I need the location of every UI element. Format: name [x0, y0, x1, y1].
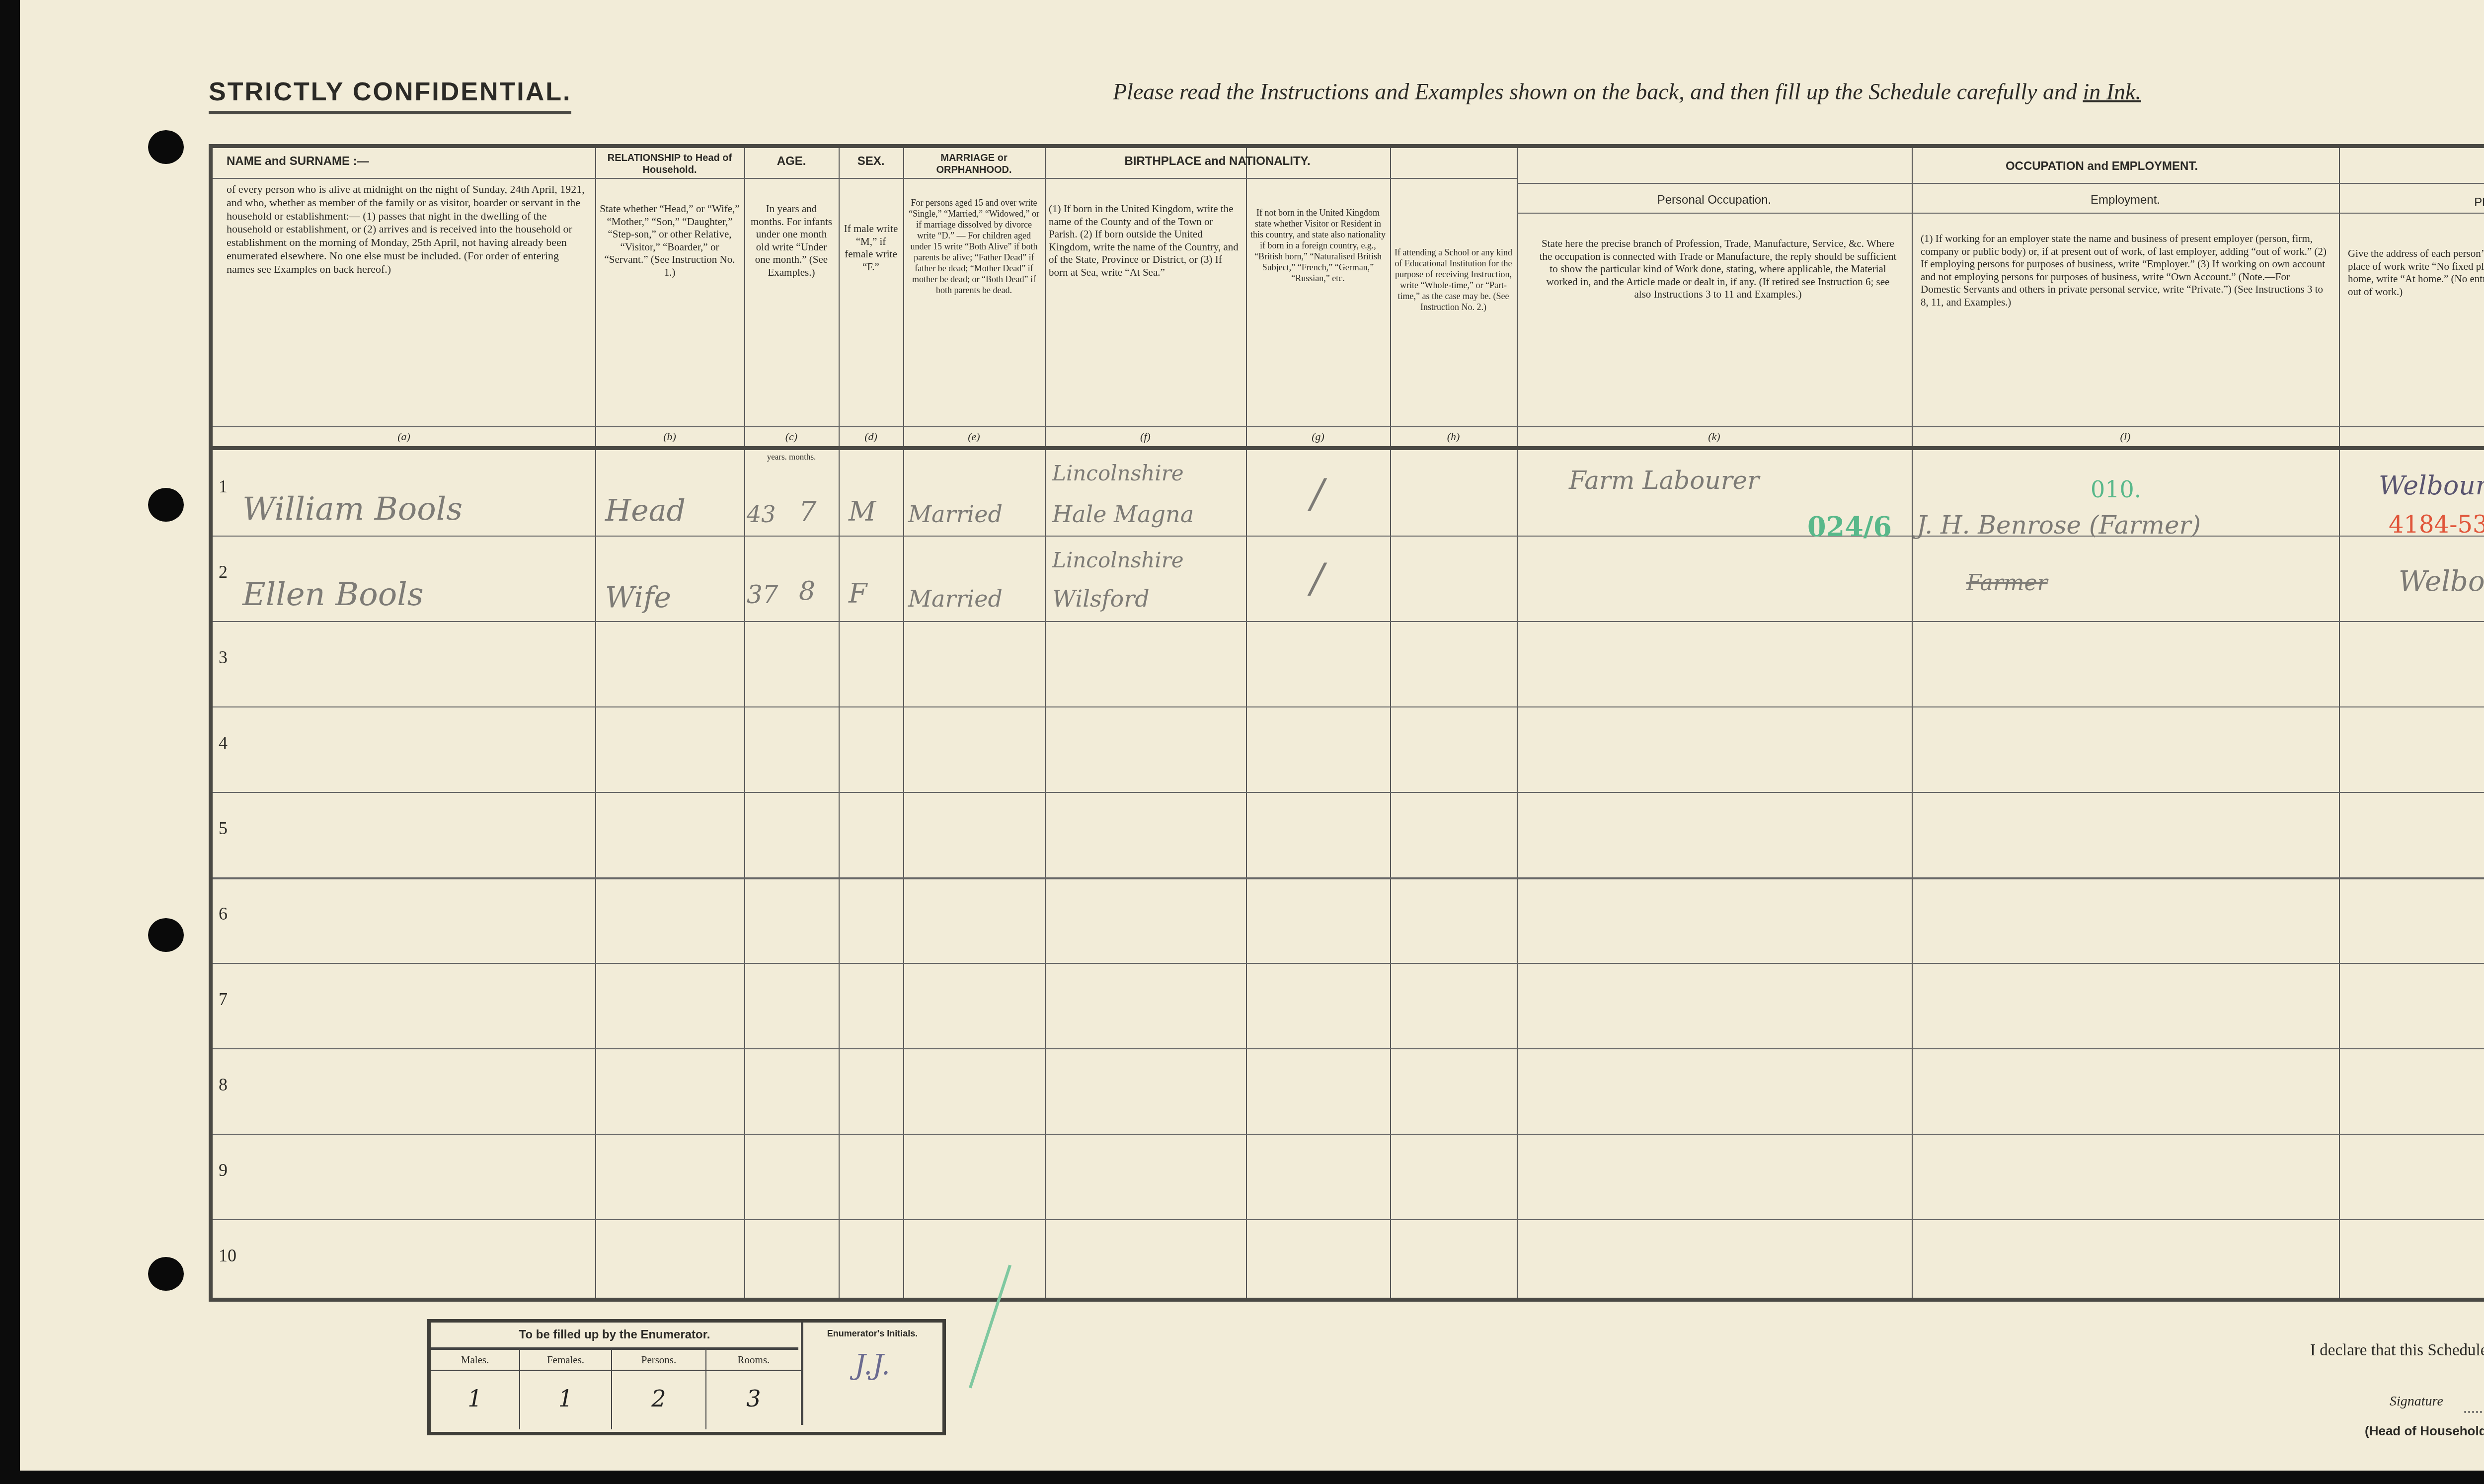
col-a-instructions: of every person who is alive at midnight… — [223, 183, 590, 276]
row-rule — [213, 792, 2484, 793]
enumerator-summary-box: To be filled up by the Enumerator. Males… — [427, 1319, 946, 1435]
rule — [1517, 183, 2484, 184]
males-value: 1 — [431, 1371, 519, 1426]
punch-hole — [148, 918, 184, 952]
col-d-title: SEX. — [839, 154, 903, 168]
row-number: 5 — [219, 818, 228, 839]
signature-note: (Head of Household, Manager of Establish… — [2365, 1423, 2484, 1439]
col-letter-c: (c) — [744, 430, 839, 445]
header-body-rule — [213, 446, 2484, 450]
col-l-title: Employment. — [1912, 193, 2339, 207]
col-b-instructions: State whether “Head,” or “Wife,” “Mother… — [595, 203, 744, 279]
enumerator-box-title: To be filled up by the Enumerator. — [431, 1323, 798, 1350]
row1-name: William Bools — [242, 491, 463, 528]
col-divider — [1246, 148, 1247, 1298]
col-e-title: MARRIAGE or ORPHANHOOD. — [903, 152, 1045, 176]
row1-birthplace-county: Lincolnshire — [1052, 461, 1184, 485]
males-cell: Males.1 — [431, 1350, 520, 1429]
schedule-table: NAME and SURNAME :— of every person who … — [209, 144, 2484, 1302]
row-number: 8 — [219, 1074, 228, 1095]
row2-sex: F — [849, 578, 867, 609]
row-number: 7 — [219, 989, 228, 1010]
instructions-text: Please read the Instructions and Example… — [1113, 79, 2083, 104]
row-rule — [213, 1134, 2484, 1135]
row1-employer: J. H. Benrose (Farmer) — [1917, 511, 2201, 540]
row2-age-months: 8 — [799, 576, 815, 606]
col-m-title: Place of Work. — [2339, 195, 2484, 210]
declaration-text: I declare that this Schedule is correctl… — [2310, 1341, 2484, 1360]
col-divider — [744, 148, 745, 1298]
row1-age-years: 43 — [747, 501, 776, 528]
row-rule — [213, 963, 2484, 964]
row2-employer-struck: Farmer — [1966, 570, 2048, 596]
punch-hole — [148, 1257, 184, 1291]
age-subheader: years. months. — [744, 452, 839, 463]
col-divider — [1045, 148, 1046, 1298]
row2-place-of-work: Welbourn — [2399, 565, 2484, 598]
row1-industry-code: 024/6 — [1807, 511, 1892, 543]
col-b-title: RELATIONSHIP to Head of Household. — [595, 152, 744, 176]
col-letter-e: (e) — [903, 430, 1045, 445]
col-letter-k: (k) — [1517, 430, 1912, 445]
col-divider — [903, 148, 904, 1298]
col-c-title: AGE. — [744, 154, 839, 168]
rule — [213, 178, 1517, 179]
confidential-heading: STRICTLY CONFIDENTIAL. — [209, 77, 571, 114]
females-cell: Females.1 — [520, 1350, 612, 1429]
row2-birthplace-county: Lincolnshire — [1052, 548, 1184, 572]
row-number: 3 — [219, 647, 228, 668]
row-rule — [213, 1219, 2484, 1220]
row-number: 6 — [219, 903, 228, 924]
row1-occupation: Farm Labourer — [1569, 466, 1759, 495]
punch-hole — [148, 130, 184, 164]
row2-nationality: / — [1311, 555, 1324, 602]
row2-age-years: 37 — [747, 580, 778, 609]
col-e-instructions: For persons aged 15 and over write “Sing… — [903, 198, 1045, 296]
row2-name: Ellen Bools — [242, 576, 424, 613]
birthplace-title: BIRTHPLACE and NATIONALITY. — [1045, 154, 1390, 168]
row-number: 1 — [219, 476, 228, 497]
col-l-instructions: (1) If working for an employer state the… — [1917, 233, 2334, 309]
row1-place-code: 4184-53 — [2389, 511, 2484, 539]
row1-birthplace-town: Hale Magna — [1052, 501, 1194, 528]
col-a-title: NAME and SURNAME :— — [223, 154, 590, 168]
row2-marriage: Married — [908, 585, 1003, 612]
initials-label: Enumerator's Initials. — [803, 1323, 941, 1339]
row1-age-months: 7 — [799, 496, 817, 528]
col-letter-l: (l) — [1912, 430, 2339, 445]
row-number: 10 — [219, 1245, 236, 1266]
rooms-cell: Rooms.3 — [706, 1350, 801, 1429]
rooms-label: Rooms. — [706, 1350, 801, 1371]
females-label: Females. — [520, 1350, 611, 1371]
row-number: 2 — [219, 561, 228, 582]
females-value: 1 — [520, 1371, 611, 1426]
rule — [1517, 213, 2484, 214]
col-d-instructions: If male write “M,” if female write “F.” — [839, 223, 903, 273]
col-letter-g: (g) — [1246, 430, 1390, 445]
col-h-instructions: If attending a School or any kind of Edu… — [1390, 247, 1517, 313]
col-divider — [1390, 148, 1391, 1298]
col-letter-m: (m) — [2339, 430, 2484, 445]
row-rule — [213, 621, 2484, 622]
col-c-instructions: In years and months. For infants under o… — [744, 203, 839, 279]
col-letter-f: (f) — [1045, 430, 1246, 445]
males-label: Males. — [431, 1350, 519, 1371]
row1-sex: M — [849, 496, 876, 527]
row-number: 4 — [219, 732, 228, 753]
col-k-instructions: State here the precise branch of Profess… — [1534, 237, 1902, 301]
row-number: 9 — [219, 1160, 228, 1180]
col-g-instructions: If not born in the United Kingdom state … — [1246, 208, 1390, 284]
instructions-line: Please read the Instructions and Example… — [1113, 78, 2141, 105]
row-rule — [213, 706, 2484, 707]
col-f-instructions: (1) If born in the United Kingdom, write… — [1045, 203, 1246, 279]
col-k-title: Personal Occupation. — [1517, 193, 1912, 207]
col-letter-b: (b) — [595, 430, 744, 445]
enumerator-initials-cell: Enumerator's Initials.J.J. — [801, 1323, 941, 1425]
signature-label: Signature — [2390, 1394, 2443, 1409]
row-rule — [213, 877, 2484, 879]
row1-nationality: / — [1311, 471, 1324, 517]
persons-label: Persons. — [612, 1350, 705, 1371]
col-letter-h: (h) — [1390, 430, 1517, 445]
signature-line — [2464, 1411, 2484, 1413]
row2-birthplace-town: Wilsford — [1052, 585, 1150, 612]
col-divider — [2339, 148, 2340, 1298]
row-rule — [213, 1048, 2484, 1049]
row2-relationship: Wife — [605, 580, 671, 614]
rooms-value: 3 — [706, 1371, 801, 1426]
instructions-ink: in Ink. — [2083, 79, 2141, 104]
rule — [213, 426, 2484, 427]
row1-occupation-code: 010. — [2091, 476, 2141, 503]
persons-value: 2 — [612, 1371, 705, 1426]
col-letter-a: (a) — [213, 430, 595, 445]
col-divider — [1912, 148, 1913, 1298]
punch-hole — [148, 488, 184, 522]
col-divider — [839, 148, 840, 1298]
persons-cell: Persons.2 — [612, 1350, 706, 1429]
occupation-title: OCCUPATION and EMPLOYMENT. — [1517, 159, 2484, 173]
col-divider — [1517, 148, 1518, 1298]
col-letter-d: (d) — [839, 430, 903, 445]
col-divider — [595, 148, 596, 1298]
row1-marriage: Married — [908, 501, 1003, 528]
row1-relationship: Head — [605, 493, 686, 528]
initials-value: J.J. — [803, 1339, 941, 1381]
row1-place-of-work: Welbourn — [2379, 471, 2484, 501]
col-m-instructions: Give the address of each person’s place … — [2344, 247, 2484, 298]
